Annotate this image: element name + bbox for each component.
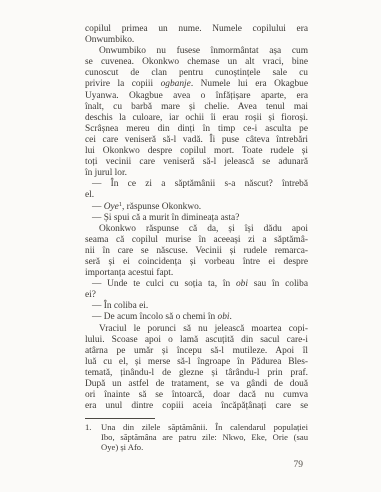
text-line: privire la copiii ogbanje. Numele lui er… [85,79,308,90]
text-line: — Și spui că a murit în dimineața asta? [85,213,308,224]
text-line: se cuvenea. Okonkwo chemase un alt vraci… [85,57,308,68]
text-run: Okonkwo răspunse că da, și își dădu apoi [99,224,308,234]
dialogue-paragraph: — Și spui că a murit în dimineața asta? [85,213,308,224]
text-run: — [92,202,104,212]
text-line: Okonkwo răspunse că da, și își dădu apoi [85,224,308,235]
text-run: — Unde te culci cu soția ta, în [92,279,236,289]
text-run: — Și spui că a murit în dimineața asta? [92,213,239,223]
text-run: era unul dintre copiii aceia încăpățânaț… [85,401,308,411]
text-run: cei care veniseră să-l vadă. Îi puse cât… [85,135,308,145]
text-line: toți vecinii care veniseră să-l jelească… [85,157,308,168]
text-line: nii în care se născuse. Vecinii și rudel… [85,246,308,257]
text-run: atârna pe umăr și începu să-l mutileze. … [85,346,308,356]
text-line: Scrâșnea mereu din dinți în timp ce-i as… [85,124,308,135]
footnote-divider [85,418,155,419]
text-run: — În coliba ei. [92,301,148,311]
text-run: seama că copilul murise în aceeași zi a … [85,235,308,245]
dialogue-paragraph: — Oye1, răspunse Okonkwo. [85,202,308,213]
paragraph: Onwumbiko nu fusese înmormântat așa cums… [85,46,308,179]
text-run: Scrâșnea mereu din dinți în timp ce-i as… [85,124,308,134]
text-run: Vraciul le porunci să nu jelească moarte… [99,324,308,334]
text-run: Onwumbiko. [85,35,134,45]
text-line: — În coliba ei. [85,301,308,312]
text-run: seră și ei coincidența și vorbeau între … [85,257,308,267]
text-line: temată, ținându-l de glezne și târându-l… [85,368,308,379]
dialogue-paragraph: — În ce zi a săptămânii s-a născut? într… [85,179,308,201]
text-line: — De acum încolo să o chemi în obi. [85,312,308,323]
text-run: copilul primea un nume. Numele copilului… [85,24,308,34]
dialogue-paragraph: — Unde te culci cu soția ta, în obi sau … [85,279,308,301]
footnote-line: Una din zilele săptămânii. În calendarul… [85,422,308,432]
text-run: deschis la culoare, iar ochii îi erau ro… [85,113,308,123]
footnote-line: Oye) și Afo. [85,442,308,452]
text-run: , răspunse Okonkwo. [122,202,201,212]
text-line: importanța acestui fapt. [85,268,308,279]
text-run: temată, ținându-l de glezne și târându-l… [85,368,308,378]
text-run: — De acum încolo să o chemi în [92,312,218,322]
text-line: luă cu el, și merse să-l îngroape în Păd… [85,357,308,368]
text-run: în jurul lor. [85,168,127,178]
text-line: ori înainte să se întoarcă, doar dacă nu… [85,390,308,401]
italic-term: obi [218,312,230,322]
dialogue-paragraph: — În coliba ei. [85,301,308,312]
page-number: 79 [85,460,308,470]
text-line: Uyanwa. Okagbue avea o înfățișare aparte… [85,91,308,102]
text-run: După un astfel de tratament, se va gândi… [85,379,308,389]
text-line: — Oye1, răspunse Okonkwo. [85,202,308,213]
text-line: copilul primea un nume. Numele copilului… [85,24,308,35]
footnote-text: Una din zilele săptămânii. În calendarul… [85,422,308,453]
footnote-marker: 1. [85,422,91,432]
text-run: toți vecinii care veniseră să-l jelească… [85,157,308,167]
text-line: era unul dintre copiii aceia încăpățânaț… [85,401,308,412]
text-line: seama că copilul murise în aceeași zi a … [85,235,308,246]
paragraph: Okonkwo răspunse că da, și își dădu apoi… [85,224,308,279]
text-run: se cuvenea. Okonkwo chemase un alt vraci… [85,57,308,67]
text-run: cunoscut de clan pentru cunoștințele sal… [85,68,308,78]
text-run: ei? [85,290,96,300]
italic-term: ogbanje [161,79,191,89]
text-run: lului. Scoase apoi o lamă ascuțită din s… [85,335,308,345]
text-line: deschis la culoare, iar ochii îi erau ro… [85,113,308,124]
text-run: privire la copiii [85,79,161,89]
italic-term: obi [236,279,248,289]
book-page: copilul primea un nume. Numele copilului… [0,0,381,492]
footnote-line: Ibo, săptămâna are patru zile: Nkwo, Eke… [85,432,308,442]
text-line: După un astfel de tratament, se va gândi… [85,379,308,390]
text-line: înalt, cu barbă mare și chelie. Avea ten… [85,102,308,113]
text-run: luă cu el, și merse să-l îngroape în Păd… [85,357,308,367]
text-run: înalt, cu barbă mare și chelie. Avea ten… [85,102,308,112]
text-line: Onwumbiko nu fusese înmormântat așa cum [85,46,308,57]
text-line: atârna pe umăr și începu să-l mutileze. … [85,346,308,357]
text-run: . Numele lui era Okagbue [191,79,308,89]
text-run: nii în care se născuse. Vecinii și rudel… [85,246,308,256]
text-run: Uyanwa. Okagbue avea o înfățișare aparte… [85,91,308,101]
text-line: — Unde te culci cu soția ta, în obi sau … [85,279,308,290]
paragraph: Vraciul le porunci să nu jelească moarte… [85,324,308,413]
text-line: — În ce zi a săptămânii s-a născut? într… [85,179,308,190]
text-line: seră și ei coincidența și vorbeau între … [85,257,308,268]
text-run: lui Okonkwo despre copilul mort. Toate r… [85,146,308,156]
italic-term: Oye [104,202,119,212]
text-line: Vraciul le porunci să nu jelească moarte… [85,324,308,335]
paragraph: copilul primea un nume. Numele copilului… [85,24,308,46]
text-line: cunoscut de clan pentru cunoștințele sal… [85,68,308,79]
body-text: copilul primea un nume. Numele copilului… [85,24,308,412]
text-run: ori înainte să se întoarcă, doar dacă nu… [85,390,308,400]
text-run: — În ce zi a săptămânii s-a născut? într… [92,179,308,189]
text-run: Onwumbiko nu fusese înmormântat așa cum [99,46,308,56]
text-line: lui Okonkwo despre copilul mort. Toate r… [85,146,308,157]
text-line: ei? [85,290,308,301]
text-line: cei care veniseră să-l vadă. Îi puse cât… [85,135,308,146]
text-run: importanța acestui fapt. [85,268,173,278]
text-line: lului. Scoase apoi o lamă ascuțită din s… [85,335,308,346]
text-line: în jurul lor. [85,168,308,179]
footnote: 1. Una din zilele săptămânii. În calenda… [85,422,308,453]
text-run: el. [85,190,94,200]
dialogue-paragraph: — De acum încolo să o chemi în obi. [85,312,308,323]
text-run: . [229,312,231,322]
text-line: Onwumbiko. [85,35,308,46]
text-run: sau în coliba [248,279,308,289]
